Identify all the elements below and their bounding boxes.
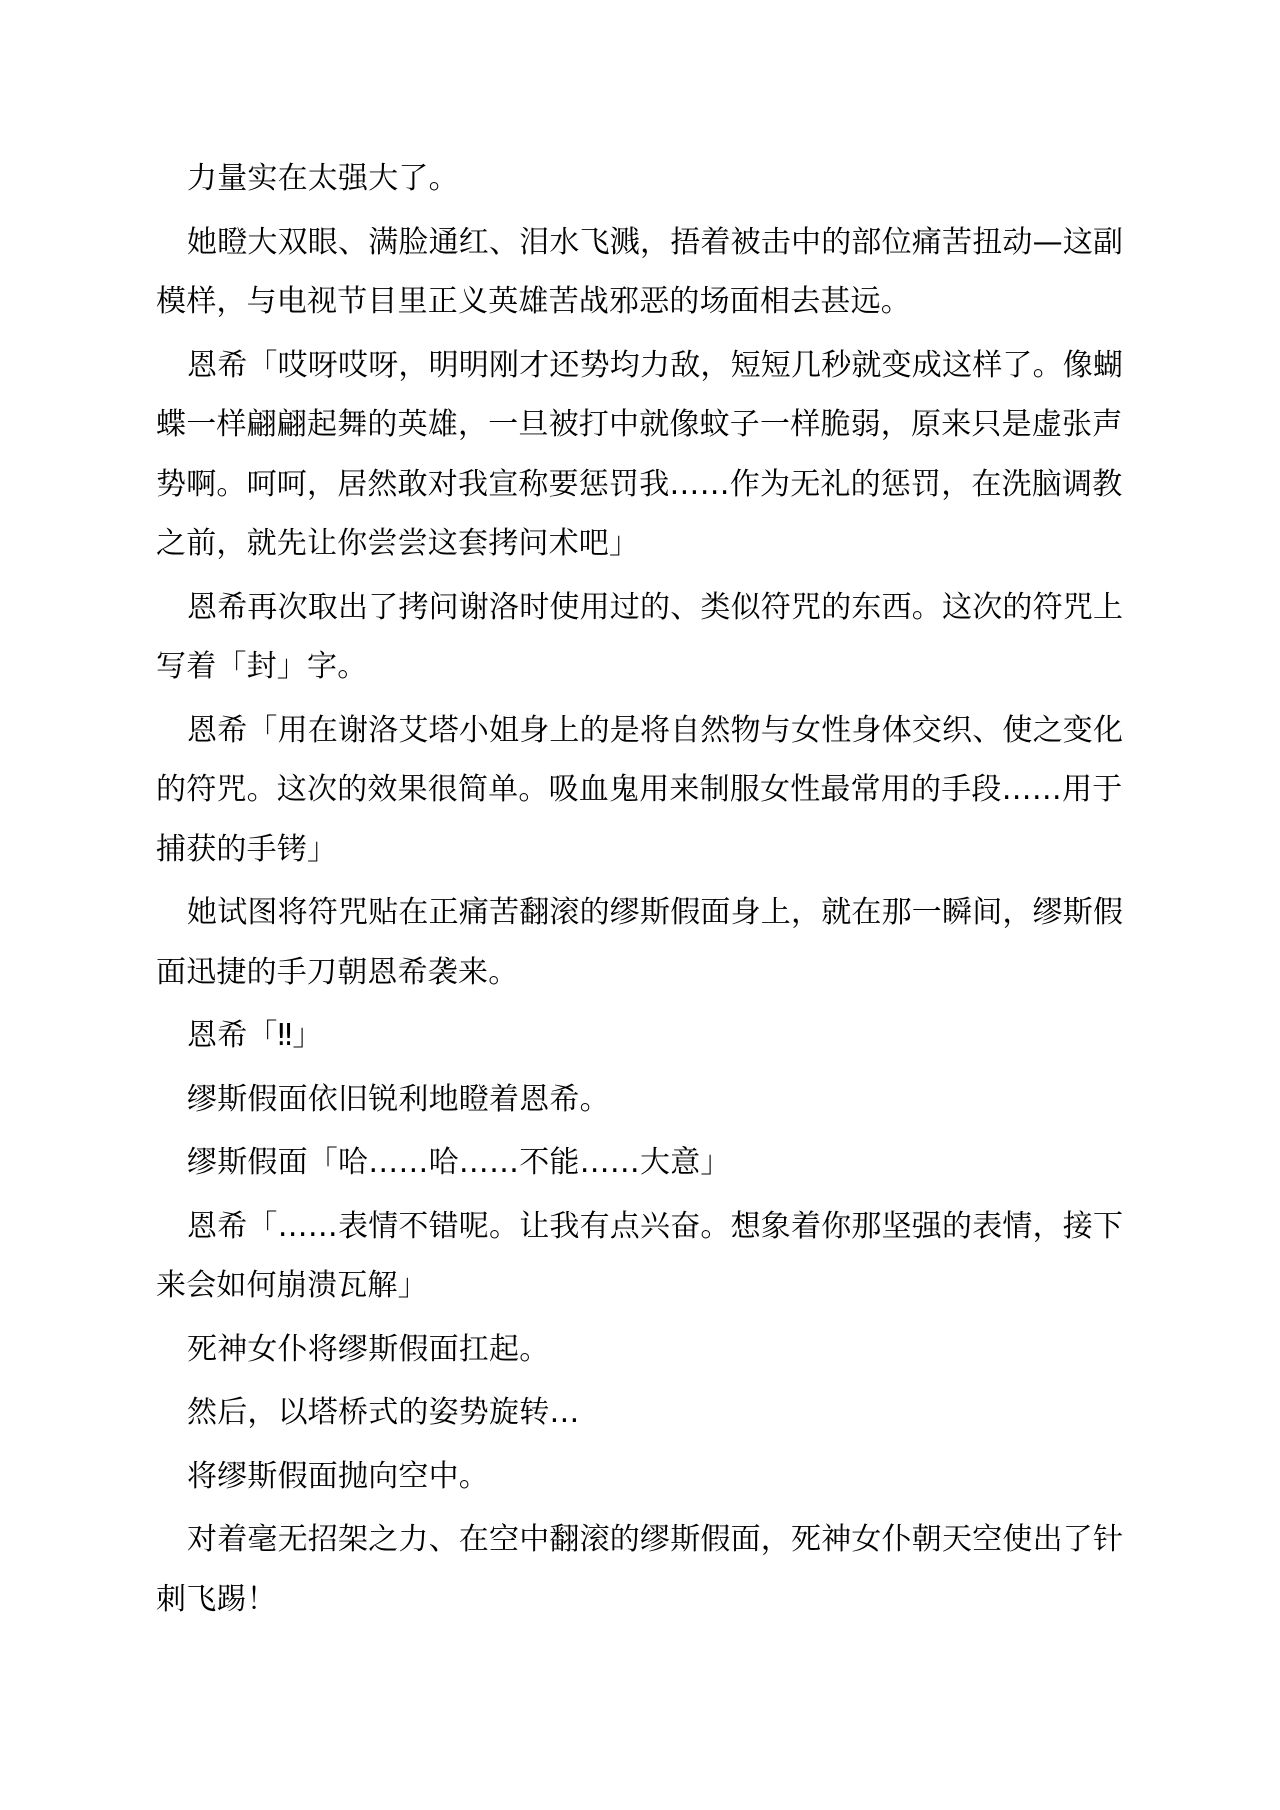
paragraph-12: 然后，以塔桥式的姿势旋转…	[156, 1383, 1124, 1443]
text-line: 恩希「‼」	[156, 1006, 1124, 1066]
text-line: 缪斯假面「哈……哈……不能……大意」	[156, 1133, 1124, 1193]
text-line: 恩希「哎呀哎呀，明明刚才还势均力敌，短短几秒就变成这样了。像蝴	[156, 336, 1124, 396]
paragraph-9: 缪斯假面「哈……哈……不能……大意」	[156, 1133, 1124, 1193]
text-line: 她试图将符咒贴在正痛苦翻滚的缪斯假面身上，就在那一瞬间，缪斯假	[156, 883, 1124, 943]
paragraph-7: 恩希「‼」	[156, 1006, 1124, 1066]
text-line: 捕获的手铐」	[156, 820, 1124, 880]
text-line: 然后，以塔桥式的姿势旋转…	[156, 1383, 1124, 1443]
paragraph-14: 对着毫无招架之力、在空中翻滚的缪斯假面，死神女仆朝天空使出了针 刺飞踢！	[156, 1510, 1124, 1629]
text-line: 恩希「用在谢洛艾塔小姐身上的是将自然物与女性身体交织、使之变化	[156, 701, 1124, 761]
paragraph-13: 将缪斯假面抛向空中。	[156, 1447, 1124, 1507]
paragraph-11: 死神女仆将缪斯假面扛起。	[156, 1320, 1124, 1380]
paragraph-8: 缪斯假面依旧锐利地瞪着恩希。	[156, 1070, 1124, 1130]
text-line: 势啊。呵呵，居然敢对我宣称要惩罚我……作为无礼的惩罚，在洗脑调教	[156, 455, 1124, 515]
text-line: 的符咒。这次的效果很简单。吸血鬼用来制服女性最常用的手段……用于	[156, 760, 1124, 820]
paragraph-4: 恩希再次取出了拷问谢洛时使用过的、类似符咒的东西。这次的符咒上 写着「封」字。	[156, 578, 1124, 697]
paragraph-6: 她试图将符咒贴在正痛苦翻滚的缪斯假面身上，就在那一瞬间，缪斯假 面迅捷的手刀朝恩…	[156, 883, 1124, 1002]
text-line: 死神女仆将缪斯假面扛起。	[156, 1320, 1124, 1380]
text-line: 蝶一样翩翩起舞的英雄，一旦被打中就像蚊子一样脆弱，原来只是虚张声	[156, 395, 1124, 455]
text-line: 面迅捷的手刀朝恩希袭来。	[156, 943, 1124, 1003]
paragraph-1: 力量实在太强大了。	[156, 149, 1124, 209]
text-line: 恩希「……表情不错呢。让我有点兴奋。想象着你那坚强的表情，接下	[156, 1197, 1124, 1257]
text-line: 写着「封」字。	[156, 637, 1124, 697]
text-line: 来会如何崩溃瓦解」	[156, 1256, 1124, 1316]
document-page: 力量实在太强大了。 她瞪大双眼、满脸通红、泪水飞溅，捂着被击中的部位痛苦扭动—这…	[156, 149, 1124, 1633]
paragraph-5: 恩希「用在谢洛艾塔小姐身上的是将自然物与女性身体交织、使之变化 的符咒。这次的效…	[156, 701, 1124, 880]
text-line: 缪斯假面依旧锐利地瞪着恩希。	[156, 1070, 1124, 1130]
text-line: 她瞪大双眼、满脸通红、泪水飞溅，捂着被击中的部位痛苦扭动—这副	[156, 213, 1124, 273]
paragraph-3: 恩希「哎呀哎呀，明明刚才还势均力敌，短短几秒就变成这样了。像蝴 蝶一样翩翩起舞的…	[156, 336, 1124, 574]
text-line: 对着毫无招架之力、在空中翻滚的缪斯假面，死神女仆朝天空使出了针	[156, 1510, 1124, 1570]
text-line: 之前，就先让你尝尝这套拷问术吧」	[156, 514, 1124, 574]
text-line: 将缪斯假面抛向空中。	[156, 1447, 1124, 1507]
paragraph-10: 恩希「……表情不错呢。让我有点兴奋。想象着你那坚强的表情，接下 来会如何崩溃瓦解…	[156, 1197, 1124, 1316]
text-line: 恩希再次取出了拷问谢洛时使用过的、类似符咒的东西。这次的符咒上	[156, 578, 1124, 638]
text-line: 刺飞踢！	[156, 1570, 1124, 1630]
text-line: 力量实在太强大了。	[156, 149, 1124, 209]
paragraph-2: 她瞪大双眼、满脸通红、泪水飞溅，捂着被击中的部位痛苦扭动—这副 模样，与电视节目…	[156, 213, 1124, 332]
text-line: 模样，与电视节目里正义英雄苦战邪恶的场面相去甚远。	[156, 272, 1124, 332]
